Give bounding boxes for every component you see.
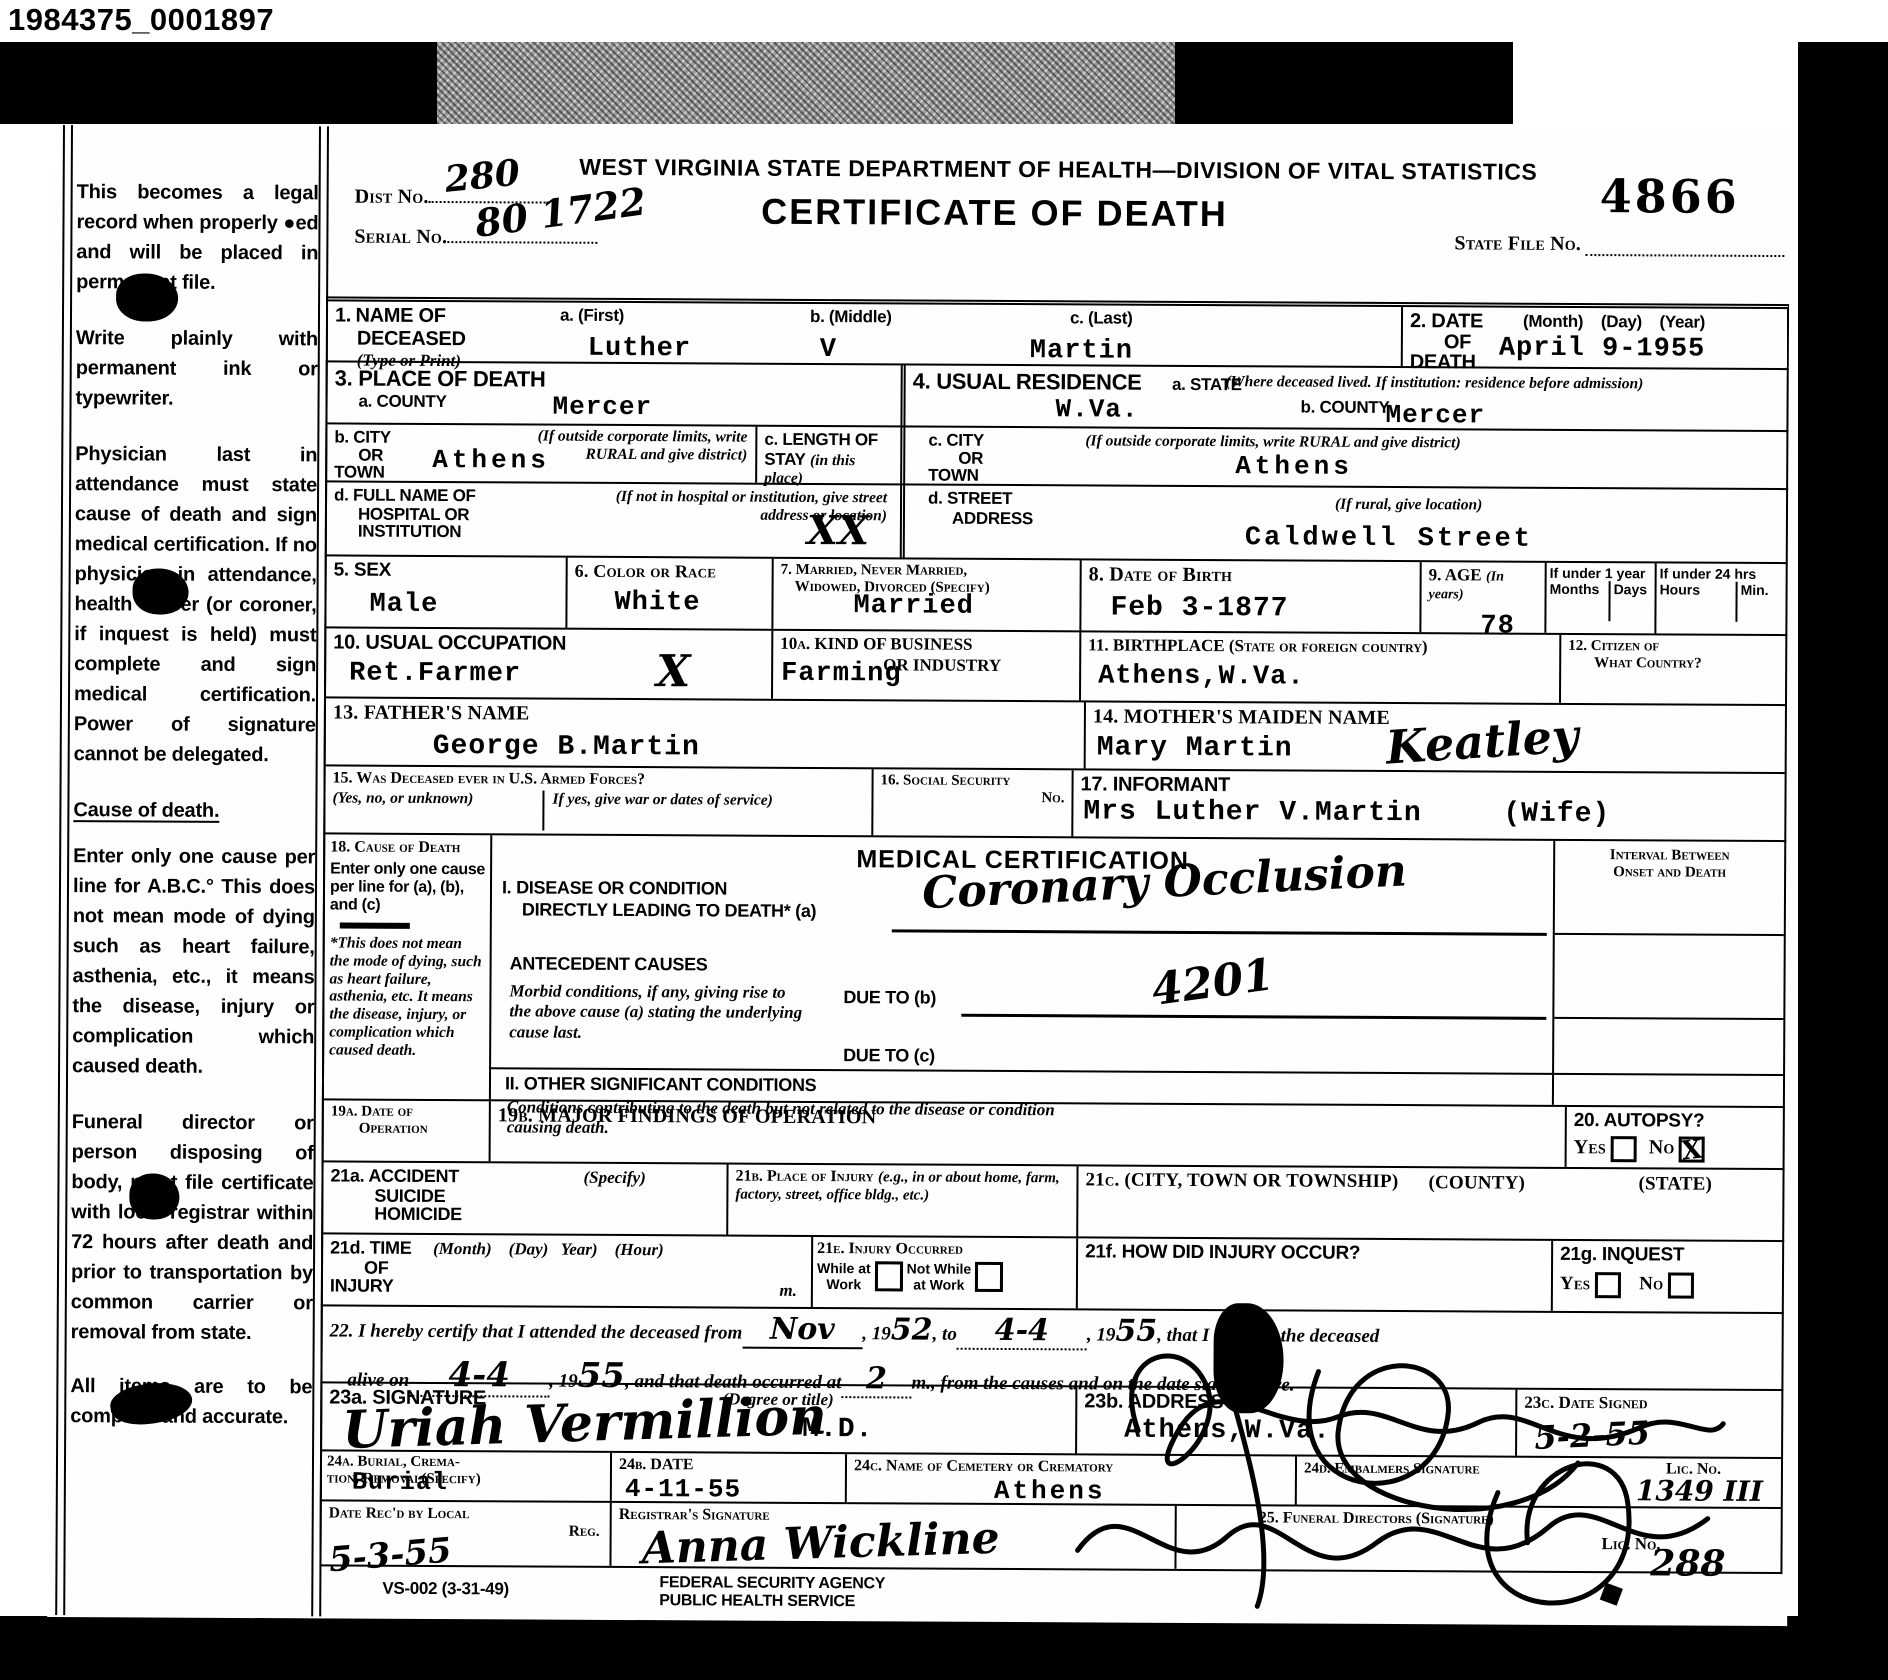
- ur-county-value: Mercer: [1385, 400, 1485, 431]
- form-number: VS-002 (3-31-49): [382, 1579, 509, 1600]
- field-pod-city: b. CITY OR TOWN (If outside corporate li…: [327, 424, 755, 482]
- agency-line1: FEDERAL SECURITY AGENCY: [659, 1574, 885, 1593]
- margin-note-one-cause: Enter only one cause per line for A.B.C.…: [72, 841, 315, 1082]
- field-cause-of-death-sidebar: 18. Cause of Death Enter only one cause …: [324, 834, 490, 1099]
- citizen-label2: What Country?: [1594, 655, 1778, 673]
- street-note: (If rural, give location): [1335, 496, 1482, 515]
- field-date-received: Date Rec'd by Local Reg. 5-3-55: [321, 1501, 609, 1566]
- cod-note1: Enter only one cause per line for (a), (…: [330, 860, 485, 915]
- father-value: George B.Martin: [433, 731, 1077, 765]
- ur-city-value: Athens: [1235, 451, 1353, 482]
- poi-label: 21b. Place of Injury: [735, 1168, 873, 1186]
- sig-degree-value: M.D.: [802, 1414, 873, 1445]
- scan-band-right: [1798, 42, 1888, 1680]
- field-inquest: 21g. INQUEST Yes No: [1551, 1241, 1782, 1312]
- field-color-race: 6. Color or Race White: [565, 558, 771, 629]
- field-usual-residence: 4. USUAL RESIDENCE (Where deceased lived…: [900, 365, 1786, 430]
- sex-label: 5. SEX: [334, 559, 559, 582]
- row-time-of-injury: 21d. TIME (Month) (Day) Year) (Hour) OF …: [321, 1232, 1784, 1312]
- hosp-value: XX: [807, 507, 869, 554]
- op-date-label: 19a. Date of: [331, 1103, 482, 1121]
- io-not2: at Work: [913, 1277, 964, 1293]
- toi-label3: INJURY: [330, 1276, 804, 1296]
- field-name-of-deceased: 1. NAME OF DECEASED (Type or Print) a. (…: [328, 301, 1401, 366]
- under24-label: If under 24 hrs: [1660, 565, 1783, 582]
- dist-no-value: 280: [443, 152, 522, 201]
- row-name: 1. NAME OF DECEASED (Type or Print) a. (…: [326, 296, 1789, 368]
- name-num-label: 1.: [335, 304, 351, 326]
- autopsy-no-check-mark: X: [1681, 1139, 1703, 1163]
- field-date-of-operation: 19a. Date of Operation: [324, 1100, 489, 1161]
- forces-sub1: (Yes, no, or unknown): [332, 789, 544, 830]
- field-injury-occurred: 21e. Injury Occurred While atWork Not Wh…: [811, 1237, 1076, 1308]
- business-label: 10a. KIND OF BUSINESS: [780, 634, 1072, 656]
- ssn-label2: No.: [880, 789, 1064, 807]
- cod-note2: *This does not mean the mode of dying, s…: [329, 934, 485, 1059]
- field-under-24-hrs: If under 24 hrs Hours Min.: [1654, 563, 1785, 634]
- field-accident-suicide: 21a. ACCIDENT (Specify) SUICIDE HOMICIDE: [323, 1162, 726, 1234]
- ssn-label: 16. Social Security: [881, 772, 1065, 790]
- toi-m: m.: [779, 1281, 797, 1301]
- autopsy-yes-label: Yes: [1574, 1136, 1606, 1158]
- row-parents: 13. FATHER'S NAME George B.Martin 14. MO…: [324, 696, 1787, 772]
- burial-date-label: 24b. DATE: [619, 1456, 838, 1475]
- marital-label: 7. Married, Never Married,: [781, 562, 1073, 581]
- interval-label2: Onset and Death: [1555, 864, 1784, 882]
- sidebar-divider: [340, 923, 410, 929]
- certify-s1: 22. I hereby certify that I attended the…: [330, 1320, 743, 1344]
- department-title: WEST VIRGINIA STATE DEPARTMENT OF HEALTH…: [327, 152, 1790, 187]
- inquest-yes-checkbox: [1595, 1272, 1621, 1298]
- antecedent-label: ANTECEDENT CAUSES: [510, 953, 708, 975]
- los-label2: STAY: [764, 450, 805, 469]
- ur-city-note: (If outside corporate limits, write RURA…: [1085, 432, 1460, 452]
- burial-value: Burial: [352, 1468, 448, 1498]
- field-ur-city: c. CITY OR TOWN (If outside corporate li…: [900, 427, 1786, 488]
- interval-label1: Interval Between: [1555, 847, 1784, 865]
- autopsy-yes-checkbox: [1610, 1136, 1636, 1162]
- margin-note-write-plainly: Write plainly with permanent ink or type…: [75, 323, 317, 414]
- field-ssn: 16. Social Security No.: [871, 769, 1071, 836]
- injury-state-label: (STATE): [1638, 1173, 1712, 1195]
- toi-label2: OF: [364, 1259, 804, 1279]
- field-age: 9. AGE (In years) 78: [1419, 562, 1544, 633]
- inquest-label: 21g. INQUEST: [1560, 1244, 1775, 1267]
- row-sex-race-age: 5. SEX Male 6. Color or Race White 7. Ma…: [324, 554, 1787, 634]
- under1yr-days-label: Days: [1610, 581, 1651, 621]
- ur-state-value: W.Va.: [1055, 394, 1138, 424]
- injury-county-label: (COUNTY): [1428, 1172, 1525, 1195]
- homicide-label: HOMICIDE: [374, 1205, 719, 1225]
- state-file-label: State File No.: [1454, 232, 1581, 256]
- field-armed-forces: 15. Was Deceased ever in U.S. Armed Forc…: [325, 766, 871, 835]
- margin-instructions: This becomes a legal record when properl…: [70, 177, 319, 1432]
- scan-band-top-left: [0, 42, 440, 124]
- field-how-injury: 21f. HOW DID INJURY OCCUR?: [1076, 1238, 1551, 1310]
- middle-name-value: V: [820, 335, 1010, 366]
- disease-underline: [892, 929, 1547, 935]
- disease-label1: I. DISEASE OR CONDITION: [502, 877, 727, 899]
- scan-id-label: 1984375_0001897: [8, 2, 274, 38]
- interval-column: Interval Between Onset and Death: [1552, 841, 1784, 1106]
- scan-band-top-mid: [1175, 42, 1513, 124]
- inquest-yes-label: Yes: [1560, 1273, 1590, 1294]
- field-birthplace: 11. BIRTHPLACE (State or foreign country…: [1079, 632, 1559, 703]
- field-marital-status: 7. Married, Never Married, Widowed, Divo…: [771, 559, 1079, 631]
- field-length-of-stay: c. LENGTH OF STAY (in this place): [755, 427, 900, 484]
- under24-hours-label: Hours: [1659, 581, 1737, 621]
- not-while-at-work-checkbox: [975, 1262, 1003, 1292]
- certify-s2: , 19: [862, 1323, 891, 1345]
- field-sex: 5. SEX Male: [326, 556, 565, 627]
- field-burial: 24a. Burial, Crema- tion, Removal(Specif…: [322, 1451, 610, 1501]
- field-kind-of-business: 10a. KIND OF BUSINESS OR INDUSTRY Farmin…: [771, 631, 1079, 701]
- field-physician-signature: 23a. SIGNATURE (Degree or title) Uriah V…: [322, 1383, 1075, 1453]
- other-conditions-label: II. OTHER SIGNIFICANT CONDITIONS: [505, 1073, 817, 1096]
- field-major-findings: 19b. MAJOR FINDINGS OF OPERATION: [489, 1101, 1565, 1167]
- certificate-title: CERTIFICATE OF DEATH: [614, 190, 1374, 236]
- field-place-of-death: 3. PLACE OF DEATH a. COUNTY Mercer: [327, 362, 900, 425]
- field-father-name: 13. FATHER'S NAME George B.Martin: [326, 698, 1084, 768]
- row-place-residence: 3. PLACE OF DEATH a. COUNTY Mercer 4. US…: [325, 360, 1788, 430]
- street-value: Caldwell Street: [1245, 523, 1533, 555]
- certify-s3: , to: [933, 1324, 957, 1346]
- occupation-value: Ret.Farmer: [349, 659, 764, 691]
- mother-maiden-hw: Keatley: [1384, 708, 1580, 774]
- field-under-1-year: If under 1 year Months Days: [1544, 563, 1654, 634]
- ink-blot: [129, 1173, 179, 1219]
- toi-label: 21d. TIME: [330, 1237, 411, 1257]
- scan-band-bottom: [0, 1616, 1888, 1680]
- disease-label2: DIRECTLY LEADING TO DEATH* (a): [522, 899, 816, 922]
- ur-label: 4. USUAL RESIDENCE: [913, 368, 1142, 394]
- ur-note: (Where deceased lived. If institution: r…: [1226, 373, 1656, 393]
- pod-label: 3. PLACE OF DEATH: [335, 365, 894, 394]
- due-b-value: 4201: [1149, 949, 1277, 1016]
- injury-city-label: 21c. (CITY, TOWN OR TOWNSHIP): [1085, 1169, 1398, 1192]
- dob-value: Feb 3-1877: [1110, 593, 1412, 626]
- inquest-no-checkbox: [1668, 1272, 1694, 1298]
- state-file-field: State File No.: [1454, 232, 1784, 257]
- field-burial-date: 24b. DATE 4-11-55: [610, 1453, 845, 1502]
- certificate-page: This becomes a legal record when properl…: [47, 125, 1795, 1626]
- autopsy-no-checkbox: X: [1679, 1137, 1705, 1163]
- field-mother-name: 14. MOTHER'S MAIDEN NAME Mary Martin Kea…: [1084, 702, 1785, 772]
- due-to-b-label: DUE TO (b): [843, 987, 936, 1008]
- field-injury-city: 21c. (CITY, TOWN OR TOWNSHIP) (COUNTY) (…: [1076, 1166, 1782, 1240]
- inquest-no-label: No: [1639, 1274, 1663, 1295]
- ink-blot: [116, 273, 178, 321]
- due-b-underline: [961, 1014, 1546, 1020]
- dob-label: 8. Date of Birth: [1089, 563, 1413, 588]
- name-label2: DECEASED: [357, 328, 560, 352]
- last-name-value: Martin: [1030, 336, 1394, 368]
- field-autopsy: 20. AUTOPSY? Yes No X: [1565, 1107, 1783, 1168]
- marital-value: Married: [853, 591, 974, 622]
- field-street-address: d. STREET ADDRESS (If rural, give locati…: [900, 485, 1786, 562]
- occupation-mark: X: [656, 646, 690, 697]
- ink-smudge: [1213, 1303, 1284, 1413]
- pod-city-value: Athens: [432, 445, 550, 476]
- funeral-embalmer-signature-scrawl: [1017, 1310, 1739, 1614]
- io-while1: While at: [817, 1260, 871, 1276]
- row-forces-informant: 15. Was Deceased ever in U.S. Armed Forc…: [323, 764, 1786, 840]
- field-citizen: 12. Citizen of What Country?: [1559, 635, 1785, 704]
- ink-blot: [132, 568, 188, 614]
- occupation-label: 10. USUAL OCCUPATION: [333, 631, 764, 656]
- how-injury-label: 21f. HOW DID INJURY OCCUR?: [1085, 1241, 1544, 1265]
- first-name-value: Luther: [588, 334, 810, 365]
- under24-min-label: Min.: [1737, 582, 1782, 622]
- morbid-note: Morbid conditions, if any, giving rise t…: [509, 981, 809, 1044]
- medical-certification-block: 18. Cause of Death Enter only one cause …: [322, 832, 1786, 1106]
- informant-value: Mrs Luther V.Martin: [1083, 796, 1421, 829]
- forces-label: 15. Was Deceased ever in U.S. Armed Forc…: [333, 769, 865, 790]
- margin-heading-cause-of-death: Cause of death.: [73, 795, 315, 826]
- age-label: 9. AGE: [1429, 565, 1482, 584]
- field-place-of-injury: 21b. Place of Injury (e.g., in or about …: [726, 1165, 1076, 1237]
- certify-from-hw: Nov: [742, 1312, 862, 1350]
- interval-line: [1554, 1073, 1783, 1076]
- interval-line: [1554, 1017, 1783, 1020]
- under1yr-label: If under 1 year: [1550, 565, 1652, 582]
- middle-name-label: b. (Middle): [810, 307, 1010, 328]
- birthplace-label: 11. BIRTHPLACE (State or foreign country…: [1088, 635, 1552, 657]
- first-name-label: a. (First): [560, 306, 810, 327]
- while-at-work-checkbox: [875, 1261, 903, 1291]
- agency-line2: PUBLIC HEALTH SERVICE: [659, 1592, 885, 1611]
- citizen-label: 12. Citizen of: [1568, 638, 1778, 656]
- accident-spec: (Specify): [583, 1168, 645, 1188]
- serial-no-label: Serial No.: [354, 226, 447, 248]
- row-city-town: b. CITY OR TOWN (If outside corporate li…: [325, 422, 1788, 488]
- father-label: 13. FATHER'S NAME: [333, 701, 1077, 728]
- autopsy-no-label: No: [1649, 1137, 1675, 1159]
- field-occupation: 10. USUAL OCCUPATION Ret.Farmer X: [326, 628, 771, 698]
- margin-note-physician: Physician last in attendance must state …: [74, 439, 318, 770]
- accident-label: 21a. ACCIDENT: [330, 1165, 459, 1186]
- ur-county-label: b. COUNTY: [1300, 398, 1389, 418]
- field-date-of-death: 2. DATE (Month) (Day) (Year) OF DEATH Ap…: [1401, 307, 1787, 368]
- business-value: Farming: [781, 659, 902, 690]
- certify-year1-hw: 52: [891, 1312, 933, 1347]
- scan-texture-patch: [437, 42, 1177, 124]
- mother-value: Mary Martin: [1097, 732, 1293, 764]
- race-label: 6. Color or Race: [575, 561, 765, 583]
- state-file-number: 4866: [1600, 169, 1740, 224]
- io-not1: Not While: [907, 1260, 972, 1276]
- margin-note-legal-record: This becomes a legal record when properl…: [76, 177, 319, 298]
- dod-value: April 9-1955: [1499, 334, 1706, 365]
- under1yr-months-label: Months: [1549, 581, 1610, 621]
- scanned-death-certificate: { "scan_id": "1984375_0001897", "margin"…: [0, 0, 1888, 1680]
- name-label: NAME OF: [355, 305, 445, 327]
- registrar-signature-hw: Anna Wickline: [641, 1513, 1000, 1575]
- findings-label: 19b. MAJOR FINDINGS OF OPERATION: [498, 1104, 1558, 1133]
- dist-no-label: Dist No.: [355, 186, 429, 208]
- pod-county-value: Mercer: [552, 392, 652, 423]
- op-date-label2: Operation: [359, 1121, 482, 1139]
- row-accident: 21a. ACCIDENT (Specify) SUICIDE HOMICIDE…: [321, 1160, 1784, 1240]
- autopsy-label: 20. AUTOPSY?: [1574, 1110, 1776, 1133]
- field-date-of-birth: 8. Date of Birth Feb 3-1877: [1079, 560, 1419, 632]
- toi-cols: (Month) (Day) Year) (Hour): [433, 1239, 664, 1260]
- io-label: 21e. Injury Occurred: [817, 1240, 1072, 1259]
- race-value: White: [614, 588, 764, 619]
- field-time-of-injury: 21d. TIME (Month) (Day) Year) (Hour) OF …: [323, 1234, 811, 1307]
- dod-label: 2. DATE: [1410, 310, 1483, 332]
- row-operation: 19a. Date of Operation 19b. MAJOR FINDIN…: [322, 1098, 1785, 1168]
- los-label: c. LENGTH OF: [764, 430, 878, 450]
- informant-relation: (Wife): [1503, 799, 1610, 831]
- sex-value: Male: [369, 590, 558, 621]
- date-recd-value: 5-3-55: [327, 1518, 603, 1580]
- agency-block: FEDERAL SECURITY AGENCY PUBLIC HEALTH SE…: [659, 1574, 885, 1611]
- io-while2: Work: [826, 1276, 861, 1292]
- medical-certification-main: MEDICAL CERTIFICATION I. DISEASE OR COND…: [489, 835, 1553, 1105]
- forces-sub2: If yes, give war or dates of service): [544, 791, 864, 833]
- field-informant: 17. INFORMANT Mrs Luther V.Martin (Wife): [1071, 770, 1784, 840]
- last-name-label: c. (Last): [1070, 308, 1394, 330]
- interval-line: [1555, 933, 1784, 936]
- due-to-c-label: DUE TO (c): [843, 1045, 935, 1066]
- field-hospital: d. FULL NAME OF HOSPITAL OR INSTITUTION …: [327, 482, 900, 557]
- row-occupation: 10. USUAL OCCUPATION Ret.Farmer X 10a. K…: [324, 626, 1787, 704]
- margin-note-funeral-director: Funeral director or person disposing of …: [71, 1107, 314, 1348]
- row-hospital-street: d. FULL NAME OF HOSPITAL OR INSTITUTION …: [325, 480, 1788, 562]
- dod-columns-label: (Month) (Day) (Year): [1523, 312, 1705, 333]
- cod-label: 18. Cause of Death: [330, 838, 485, 857]
- birthplace-value: Athens,W.Va.: [1098, 661, 1552, 693]
- date-recd-label: Date Rec'd by Local: [329, 1504, 470, 1522]
